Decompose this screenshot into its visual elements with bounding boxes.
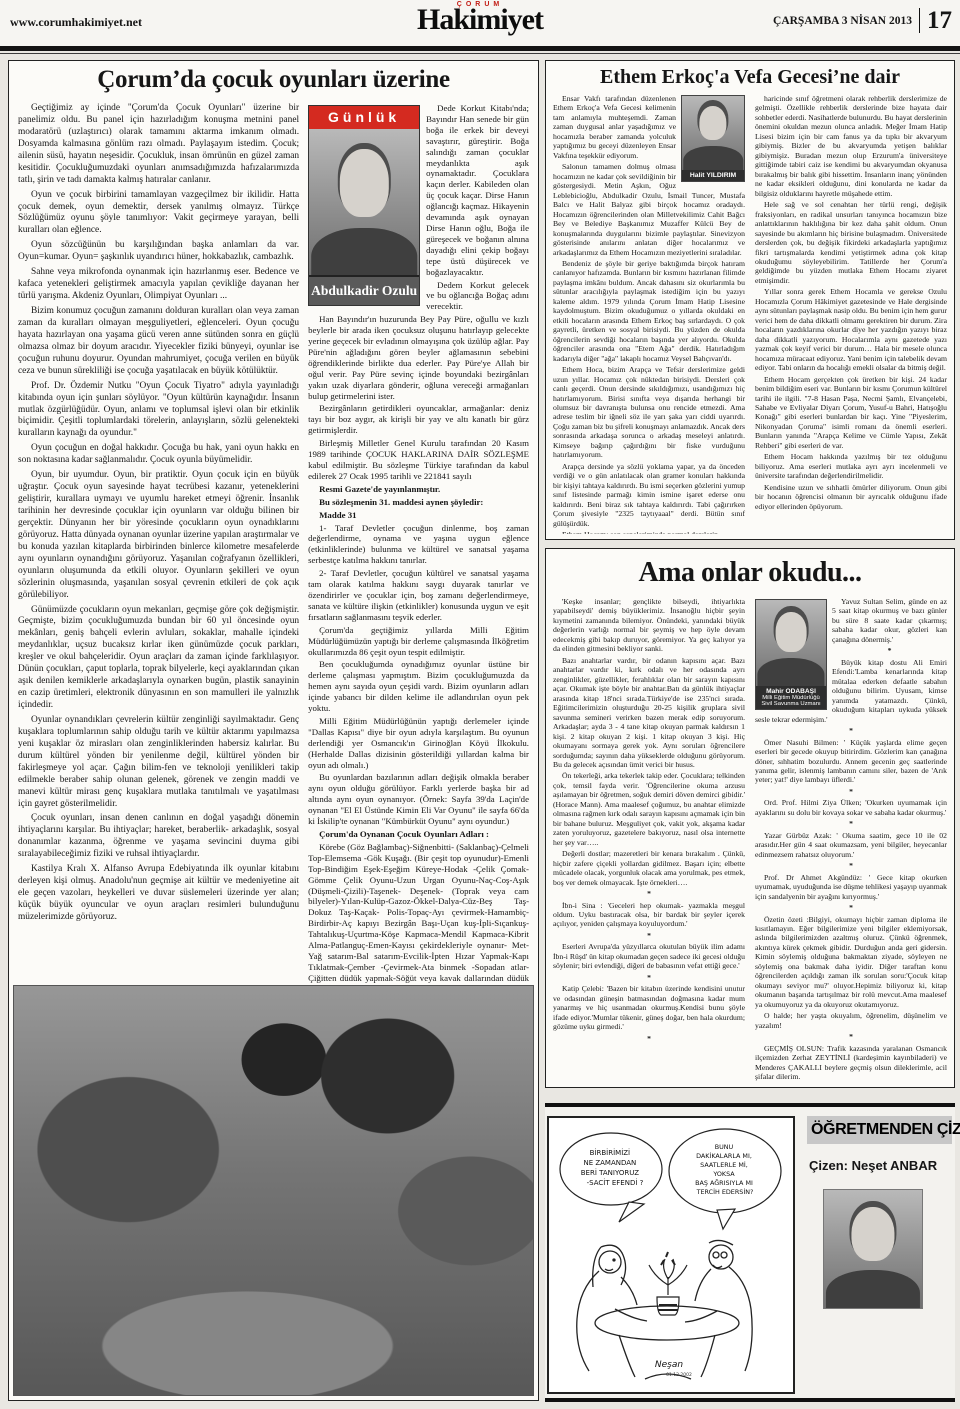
masthead: www.corumhakimiyet.net ÇORUM Hakimiyet Ç… [0,0,960,46]
paragraph: Birleşmiş Milletler Genel Kurulu tarafın… [308,438,529,482]
paragraph: Ord. Prof. Hilmi Ziya Ülken; 'Okurken uy… [755,798,947,817]
paragraph: Ben çocukluğumda oynadığımız oyunlar üst… [308,659,529,714]
paragraph: Ethem Hoca, bizim Arapça ve Tefsir dersl… [553,365,745,460]
paragraph: * [553,973,745,982]
paragraph: Çocuk oyunları, insan denen canlının en … [18,813,299,861]
article-title: Ethem Erkoç'a Vefa Gecesi’ne dair [550,66,950,89]
paragraph: Oyun ve çocuk birbirini tamamlayan vazge… [18,190,299,238]
paragraph: O halde; her yaşta okuyalım, öğrenelim, … [755,1011,947,1030]
ethem-col2: haricinde sınıf öğretmeni olarak rehberl… [755,94,947,534]
paragraph: Yıllar sonra gerek Ethem Hocamla ve gere… [755,287,947,372]
paragraph: Ethem Hocam; son senelerimizde normal de… [553,530,745,534]
cartoon-section-title: ÖĞRETMENDEN ÇİZGİLER [807,1116,952,1144]
paragraph: GEÇMİŞ OLSUN: Trafik kazasında yaralanan… [755,1044,947,1082]
paragraph: Ethem Hocam gerçekten çok üretken bir ki… [755,375,947,451]
paragraph: * [553,889,745,898]
header-rule-thin [0,53,960,54]
paragraph: Oyun çocuğun en doğal hakkıdır. Çocuğa b… [18,443,299,467]
column-label: Günlük [309,106,419,129]
header-rule-thick [0,46,960,51]
mahir-odabasi-photo-box: Mahir ODABAŞI Milli Eğitim Müdürlüğü Siv… [755,599,827,710]
paragraph: Çorum'da geçtiğimiz yıllarda Milli Eğiti… [308,625,529,658]
okudu-col1: 'Keşke insanlar; gençlikte bilseydi, iht… [553,597,745,1082]
paragraph: Ethem Hocam hakkında yazılmış bir tez ol… [755,452,947,480]
paragraph: Resmi Gazete'de yayınlanmıştır. [308,484,529,495]
paragraph: * [755,787,947,796]
caption-role: Sivil Savunma Uzmanı [757,701,825,707]
paragraph: Ön tekerleği, arka tekerlek takip eder. … [553,771,745,847]
cartoonist-credit: Çizen: Neşet ANBAR [809,1158,950,1173]
okudu-col2: Mahir ODABAŞI Milli Eğitim Müdürlüğü Siv… [755,597,947,1082]
paragraph: Bu sözleşmenin 31. maddesi aynen şöyledi… [308,497,529,508]
halit-yildirim-photo-box: Halit YILDIRIM [681,95,745,182]
paragraph: Hele sağ ve sol cenahtan her türlü rengi… [755,200,947,285]
plant-vase [649,1252,687,1315]
cartoon-svg: BİRBİRİMİZİ NE ZAMANDAN BERİ TANIYORUZ -… [549,1118,793,1392]
article-cocuk-oyunlari: Çorum’da çocuk oyunları üzerine Geçtiğim… [8,60,539,1401]
paragraph: Çorum'da Oynanan Çocuk Oyunları Adları : [308,829,529,840]
left-article-col2: Günlük Abdulkadir Ozulu Dede Korkut Kita… [308,103,529,983]
left-article-col1: Geçtiğimiz ay içinde "Çorum'da Çocuk Oyu… [18,103,299,983]
paragraph: Oyun sözcüğünün bu karşılığından başka a… [18,240,299,264]
paragraph: * [553,931,745,940]
paragraph: Geçtiğimiz ay içinde "Çorum'da Çocuk Oyu… [18,103,299,187]
paragraph: 2- Taraf Devletler, çocuğun kültürel ve … [308,568,529,623]
paragraph: Bu oyunlardan bazılarının adları değişik… [308,772,529,827]
cartoonist-signature: Neşan [655,1360,683,1370]
man-figure [685,1240,752,1371]
paragraph: Ömer Nasuhi Bilmen: ' Küçük yaşlarda eli… [755,738,947,785]
paragraph: * [755,1032,947,1041]
paragraph: Yazar Gürbüz Azak: ' Okuma saatim, gece … [755,831,947,859]
paragraph: * [755,861,947,870]
cartoon-drawing: BİRBİRİMİZİ NE ZAMANDAN BERİ TANIYORUZ -… [547,1116,795,1394]
page-number: 17 [919,8,952,33]
article-ama-onlar-okudu: Ama onlar okudu... 'Keşke insanlar; genç… [545,548,955,1088]
paragraph: Arapça dersinde ya sözlü yoklama yapar, … [553,462,745,528]
paragraph: * [755,726,947,735]
paragraph: Oyun, bir uyumdur. Oyun, bir pratiktir. … [18,470,299,601]
author-name: Abdulkadir Ozulu [309,275,419,305]
paragraph: İbn-i Sina : 'Geceleri hep okumak- yazma… [553,901,745,929]
paragraph: Katip Çelebi: 'Bazen bir kitabın üzerind… [553,984,745,1031]
paragraph: Oyunlar oynandıkları çevrelerin kültür z… [18,715,299,811]
neset-anbar-photo [823,1189,923,1309]
gunluk-column-box: Günlük Abdulkadir Ozulu [308,105,420,306]
paragraph: 1- Taraf Devletler çocuğun dinlenme, boş… [308,523,529,567]
abdulkadir-ozulu-photo [309,129,419,275]
mahir-odabasi-photo [756,600,826,686]
paragraph: * [553,1034,745,1043]
paragraph: Eserleri Avrupa'da yüzyıllarca okutulan … [553,942,745,970]
paragraph: Prof. Dr Ahmet Akgündüz: ' Gece kitap ok… [755,873,947,901]
paragraph: Madde 31 [308,510,529,521]
paragraph: Milli Eğitim Müdürlüğünün yaptığı derlem… [308,716,529,771]
cartoon-section: BİRBİRİMİZİ NE ZAMANDAN BERİ TANIYORUZ -… [545,1103,955,1402]
paragraph: Değerli dostlar; mazeretleri bir kenara … [553,849,745,887]
halit-yildirim-photo [682,96,744,170]
paragraph: Özetin özeti :Bilgiyi, okumayı hiçbir za… [755,915,947,1010]
paragraph: * [755,819,947,828]
article-title: Ama onlar okudu... [546,557,954,589]
paragraph: Bizim konumuz çocuğun zamanını dolduran … [18,306,299,378]
issue-date: ÇARŞAMBA 3 NİSAN 2013 [773,15,912,27]
paragraph: Han Bayındır'ın huzurunda Bey Pay Püre, … [308,314,529,401]
paragraph: Günümüzde çocukların oyun mekanları, geç… [18,605,299,712]
paragraph: haricinde sınıf öğretmeni olarak rehberl… [755,94,947,198]
paragraph: Bezirgânların getirdikleri oyuncaklar, a… [308,403,529,436]
paragraph: Kendisine uzun ve sıhhatli ömürler diliy… [755,483,947,511]
paragraph: Körebe (Göz Bağlambaç)-Siğnenbitti- (Sak… [308,842,529,983]
article-title: Çorum’da çocuk oyunları üzerine [15,66,532,94]
photo-caption: Halit YILDIRIM [682,170,744,181]
paragraph: Sahne veya mikrofonda oynanmak için hazı… [18,267,299,303]
photo-caption: Mahir ODABAŞI Milli Eğitim Müdürlüğü Siv… [756,686,826,709]
speech-bubble-left [560,1133,662,1222]
paragraph: Kastilya Kralı X. Alfanso Avrupa Edebiya… [18,864,299,924]
article-ethem-erkoc: Ethem Erkoç'a Vefa Gecesi’ne dair Halit … [545,60,955,540]
paragraph: Bazı anahtarlar vardır, bir odanın kapıs… [553,656,745,770]
ethem-col1: Halit YILDIRIM Ensar Vakfı tarafından dü… [553,94,745,534]
caption-name: Mahir ODABAŞI [757,688,825,695]
children-playing-marbles-photo [13,985,534,1396]
paragraph: Prof. Dr. Özdemir Nutku "Oyun Çocuk Tiya… [18,381,299,441]
cartoon-date: 01.12.2002 [666,1372,692,1378]
paragraph: Bendeniz de şöyle bir geriye baktığımda … [553,259,745,363]
paragraph: * [755,903,947,912]
paragraph: 'Keşke insanlar; gençlikte bilseydi, iht… [553,597,745,654]
